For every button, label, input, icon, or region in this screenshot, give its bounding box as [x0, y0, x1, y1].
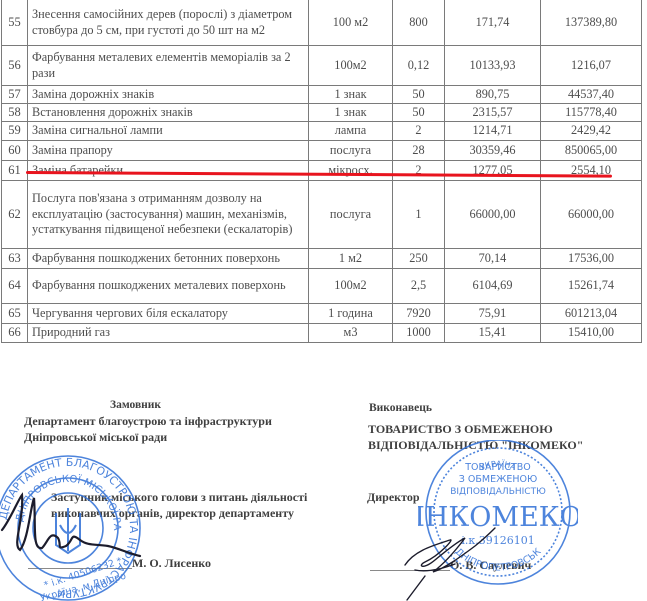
cell-qty: 2	[393, 161, 445, 181]
cell-unit: лампа	[309, 122, 393, 141]
table-row: 66Природний газм3100015,4115410,00	[2, 324, 642, 343]
cell-description: Фарбування пошкоджених бетонних поверхон…	[28, 249, 309, 269]
svg-text:* і.к. 40506232 *: * і.к. 40506232 *	[43, 556, 124, 592]
contractor-signature-line	[370, 570, 450, 571]
contractor-signatory-title: Директор	[367, 489, 420, 505]
cell-qty: 7920	[393, 304, 445, 324]
contractor-signatory-name: О. В. Саулевич	[450, 557, 531, 573]
svg-text:«ІНКОМЕКО»: «ІНКОМЕКО»	[418, 502, 578, 533]
cell-total: 44537,40	[541, 86, 642, 104]
table-row: 62Послуга пов'язана з отриманням дозволу…	[2, 181, 642, 249]
cell-price: 1214,71	[445, 122, 541, 141]
cell-total: 17536,00	[541, 249, 642, 269]
cell-description: Фарбування пошкоджених металевих поверхо…	[28, 269, 309, 304]
customer-title-line-2: виконавчих органів, директор департамент…	[27, 505, 307, 521]
cell-total: 2429,42	[541, 122, 642, 141]
table-row: 63Фарбування пошкоджених бетонних поверх…	[2, 249, 642, 269]
customer-signatory-name: М. О. Лисенко	[132, 555, 211, 571]
cell-total: 66000,00	[541, 181, 642, 249]
cell-qty: 28	[393, 141, 445, 161]
round-stamp-icon: ДЕПАРТАМЕНТ БЛАГОУСТРОЮ ТА ІНФРАСТРУКТУР…	[0, 453, 148, 601]
cell-unit: 1 знак	[309, 104, 393, 122]
cell-description: Заміна прапору	[28, 141, 309, 161]
cell-qty: 2,5	[393, 269, 445, 304]
cell-description: Встановлення дорожніх знаків	[28, 104, 309, 122]
cell-unit: м3	[309, 324, 393, 343]
cell-description: Заміна сигнальної лампи	[28, 122, 309, 141]
customer-role-label: Замовник	[110, 398, 161, 414]
cell-price: 890,75	[445, 86, 541, 104]
customer-org-line-1: Департамент благоустрою та інфраструктур…	[24, 413, 272, 429]
document-page: 55Знесення самосійних дерев (порослі) з …	[0, 0, 647, 601]
svg-text:і.к.39126101: і.к.39126101	[461, 534, 534, 547]
cell-price: 30359,46	[445, 141, 541, 161]
svg-text:З ОБМЕЖЕНОЮ: З ОБМЕЖЕНОЮ	[459, 474, 537, 485]
cell-qty: 800	[393, 0, 445, 46]
table-row: 58Встановлення дорожніх знаків1 знак5023…	[2, 104, 642, 122]
cell-description: Заміна дорожніх знаків	[28, 86, 309, 104]
contractor-organization: ТОВАРИСТВО З ОБМЕЖЕНОЮ ВІДПОВІДАЛЬНІСТЮ …	[368, 421, 583, 453]
cell-unit: 100 м2	[309, 0, 393, 46]
svg-text:ДЕПАРТАМЕНТ БЛАГОУСТРОЮ ТА ІНФ: ДЕПАРТАМЕНТ БЛАГОУСТРОЮ ТА ІНФРАСТРУКТУР…	[0, 456, 140, 600]
cell-price: 1277,05	[445, 161, 541, 181]
cell-price: 10133,93	[445, 46, 541, 86]
cell-description: Знесення самосійних дерев (порослі) з ді…	[28, 0, 309, 46]
cell-qty: 1	[393, 181, 445, 249]
cell-price: 66000,00	[445, 181, 541, 249]
cell-num: 61	[2, 161, 28, 181]
cell-num: 64	[2, 269, 28, 304]
cell-price: 70,14	[445, 249, 541, 269]
cell-qty: 50	[393, 86, 445, 104]
cell-num: 55	[2, 0, 28, 46]
customer-organization: Департамент благоустрою та інфраструктур…	[24, 413, 272, 445]
cell-qty: 0,12	[393, 46, 445, 86]
table-row: 64Фарбування пошкоджених металевих повер…	[2, 269, 642, 304]
customer-official-stamp: ДЕПАРТАМЕНТ БЛАГОУСТРОЮ ТА ІНФРАСТРУКТУР…	[0, 453, 148, 601]
svg-text:УКРАЇНА: УКРАЇНА	[479, 459, 518, 473]
cell-description: Чергування чергових біля ескалатору	[28, 304, 309, 324]
cell-description: Фарбування металевих елементів меморіалі…	[28, 46, 309, 86]
cell-qty: 250	[393, 249, 445, 269]
cell-unit: 1 знак	[309, 86, 393, 104]
contractor-org-line-1: ТОВАРИСТВО З ОБМЕЖЕНОЮ	[368, 421, 583, 437]
cell-total: 115778,40	[541, 104, 642, 122]
cell-total: 850065,00	[541, 141, 642, 161]
contractor-org-line-2: ВІДПОВІДАЛЬНІСТЮ "ІНКОМЕКО"	[368, 437, 583, 453]
customer-title-line-1: Заступник міського голови з питань діяль…	[27, 489, 307, 505]
cell-qty: 2	[393, 122, 445, 141]
table-row-highlighted: 60Заміна прапорупослуга2830359,46850065,…	[2, 141, 642, 161]
cell-num: 57	[2, 86, 28, 104]
cell-unit: 1 година	[309, 304, 393, 324]
cell-total: 15410,00	[541, 324, 642, 343]
cell-total: 15261,74	[541, 269, 642, 304]
cell-description: Природний газ	[28, 324, 309, 343]
cell-total: 137389,80	[541, 0, 642, 46]
cell-num: 63	[2, 249, 28, 269]
table-row: 59Заміна сигнальної лампилампа21214,7124…	[2, 122, 642, 141]
cell-total: 601213,04	[541, 304, 642, 324]
cell-price: 75,91	[445, 304, 541, 324]
cell-num: 58	[2, 104, 28, 122]
cell-num: 59	[2, 122, 28, 141]
table-row: 55Знесення самосійних дерев (порослі) з …	[2, 0, 642, 46]
cell-num: 60	[2, 141, 28, 161]
cell-price: 171,74	[445, 0, 541, 46]
customer-signature-line	[28, 568, 132, 569]
cell-unit: послуга	[309, 181, 393, 249]
cell-price: 2315,57	[445, 104, 541, 122]
cell-qty: 1000	[393, 324, 445, 343]
cell-price: 15,41	[445, 324, 541, 343]
cell-num: 56	[2, 46, 28, 86]
cell-qty: 50	[393, 104, 445, 122]
table-row: 56Фарбування металевих елементів меморіа…	[2, 46, 642, 86]
cell-unit: 1 м2	[309, 249, 393, 269]
cell-price: 6104,69	[445, 269, 541, 304]
cell-unit: 100м2	[309, 46, 393, 86]
svg-text:ТОВАРИСТВО: ТОВАРИСТВО	[464, 462, 531, 473]
cell-unit: послуга	[309, 141, 393, 161]
customer-signatory-title: Заступник міського голови з питань діяль…	[27, 489, 307, 521]
contractor-role-label: Виконавець	[369, 401, 432, 417]
cell-description: Послуга пов'язана з отриманням дозволу н…	[28, 181, 309, 249]
cell-unit: мікросх.	[309, 161, 393, 181]
svg-text:ВІДПОВІДАЛЬНІСТЮ: ВІДПОВІДАЛЬНІСТЮ	[450, 487, 546, 497]
cell-num: 65	[2, 304, 28, 324]
table-row: 65Чергування чергових біля ескалатору1 г…	[2, 304, 642, 324]
cell-num: 66	[2, 324, 28, 343]
cell-total: 2554,10	[541, 161, 642, 181]
customer-org-line-2: Дніпровської міської ради	[24, 429, 272, 445]
cell-num: 62	[2, 181, 28, 249]
cell-total: 1216,07	[541, 46, 642, 86]
svg-text:Україна, м.Дніпро: Україна, м.Дніпро	[39, 571, 128, 601]
cell-unit: 100м2	[309, 269, 393, 304]
table-row: 57Заміна дорожніх знаків1 знак50890,7544…	[2, 86, 642, 104]
